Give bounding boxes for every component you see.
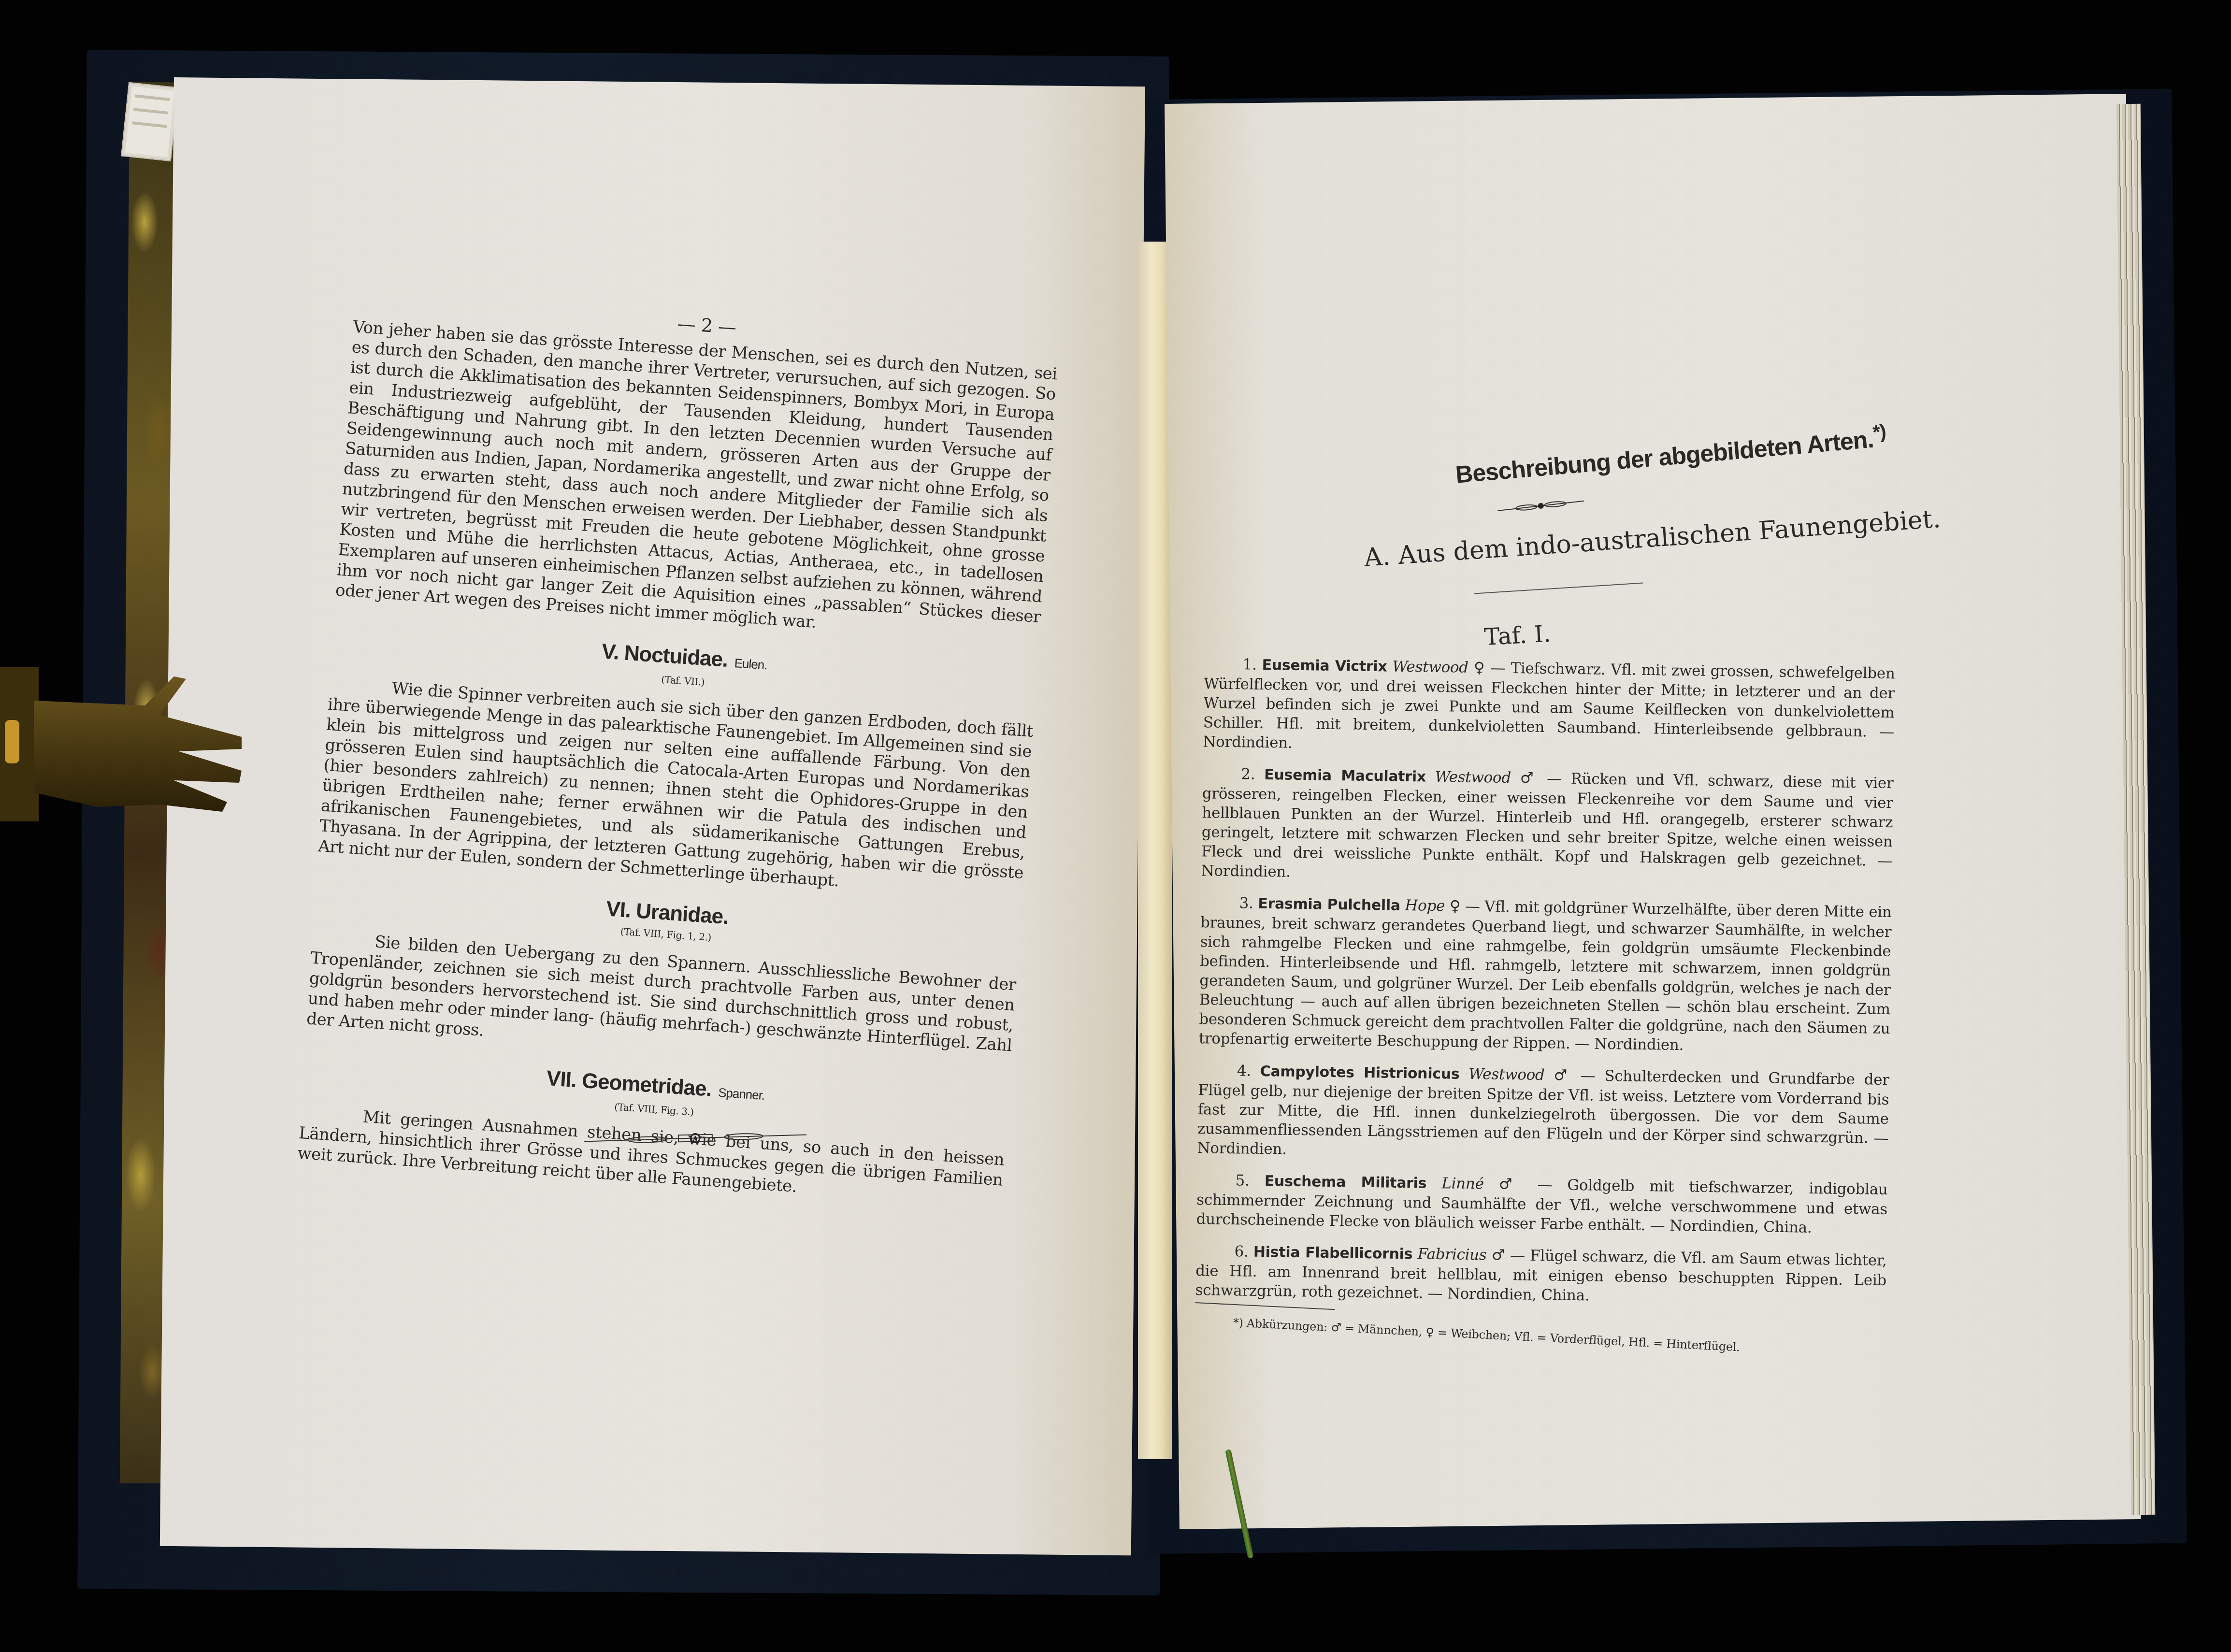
male-symbol-icon: ♂ bbox=[1492, 1247, 1506, 1264]
species-name: Eusemia Victrix bbox=[1262, 657, 1387, 675]
species-author: Hope bbox=[1405, 897, 1445, 915]
species-description: — Rücken und Vfl. schwarz, diese mit vie… bbox=[1201, 770, 1893, 881]
species-author: Linné bbox=[1441, 1175, 1484, 1192]
book-gutter bbox=[1138, 242, 1172, 1459]
intro-paragraph: Von jeher haben sie das grösste Interess… bbox=[335, 317, 1058, 648]
species-name: Campylotes Histrionicus bbox=[1260, 1063, 1459, 1083]
female-symbol-icon: ♀ bbox=[1450, 897, 1461, 915]
female-symbol-icon: ♀ bbox=[1474, 659, 1485, 676]
ornament-divider-icon bbox=[1497, 495, 1585, 517]
footnote-rule bbox=[1195, 1302, 1335, 1310]
species-name: Eusemia Maculatrix bbox=[1264, 766, 1426, 786]
species-entry: 5. Euschema Militaris Linné ♂ — Goldgelb… bbox=[1196, 1170, 1888, 1238]
right-page: Beschreibung der abgebildeten Arten.*) A… bbox=[1165, 94, 2141, 1529]
section-text: Wie die Spinner verbreiten auch sie sich… bbox=[317, 674, 1034, 904]
male-symbol-icon: ♂ bbox=[1520, 769, 1538, 787]
spine-label-icon bbox=[121, 82, 179, 161]
male-symbol-icon: ♂ bbox=[1498, 1176, 1523, 1193]
species-author: Westwood bbox=[1435, 768, 1511, 787]
species-list: 1. Eusemia Victrix Westwood ♀ — Tiefschw… bbox=[1195, 654, 1895, 1341]
male-symbol-icon: ♂ bbox=[1554, 1066, 1571, 1084]
species-author: Westwood bbox=[1392, 658, 1468, 676]
bronze-hand-holder-icon bbox=[0, 657, 261, 831]
species-description: — Vfl. mit goldgrüner Wurzelhälfte, über… bbox=[1199, 898, 1892, 1054]
footnote: *) Abkürzungen: ♂ = Männchen, ♀ = Weibch… bbox=[1233, 1313, 1885, 1364]
plate-heading: Taf. I. bbox=[1483, 620, 1552, 651]
species-entry: 2. Eusemia Maculatrix Westwood ♂ — Rücke… bbox=[1201, 764, 1893, 890]
heading-rule bbox=[1474, 583, 1643, 594]
left-page-text: — 2 — Von jeher haben sie das grösste In… bbox=[297, 292, 1059, 1211]
page-title: Beschreibung der abgebildeten Arten.*) bbox=[1385, 415, 1956, 495]
species-name: Euschema Militaris bbox=[1265, 1173, 1427, 1192]
species-author: Fabricius bbox=[1417, 1245, 1486, 1264]
section-common-name: Eulen. bbox=[734, 656, 768, 672]
species-entry: 4. Campylotes Histrionicus Westwood ♂ — … bbox=[1197, 1061, 1889, 1167]
species-entry: 6. Histia Flabellicornis Fabricius ♂ — F… bbox=[1195, 1241, 1887, 1309]
region-heading: A. Aus dem indo-australischen Faunengebi… bbox=[1314, 501, 1991, 576]
section-common-name: Spanner. bbox=[718, 1085, 765, 1103]
species-author: Westwood bbox=[1468, 1065, 1545, 1084]
species-name: Erasmia Pulchella bbox=[1258, 895, 1400, 914]
species-entry: 1. Eusemia Victrix Westwood ♀ — Tiefschw… bbox=[1203, 654, 1895, 761]
left-page: — 2 — Von jeher haben sie das grösste In… bbox=[160, 77, 1145, 1555]
species-entry: 3. Erasmia Pulchella Hope ♀ — Vfl. mit g… bbox=[1199, 893, 1892, 1058]
footnote-marker: *) bbox=[1872, 421, 1887, 443]
species-name: Histia Flabellicornis bbox=[1253, 1244, 1413, 1263]
